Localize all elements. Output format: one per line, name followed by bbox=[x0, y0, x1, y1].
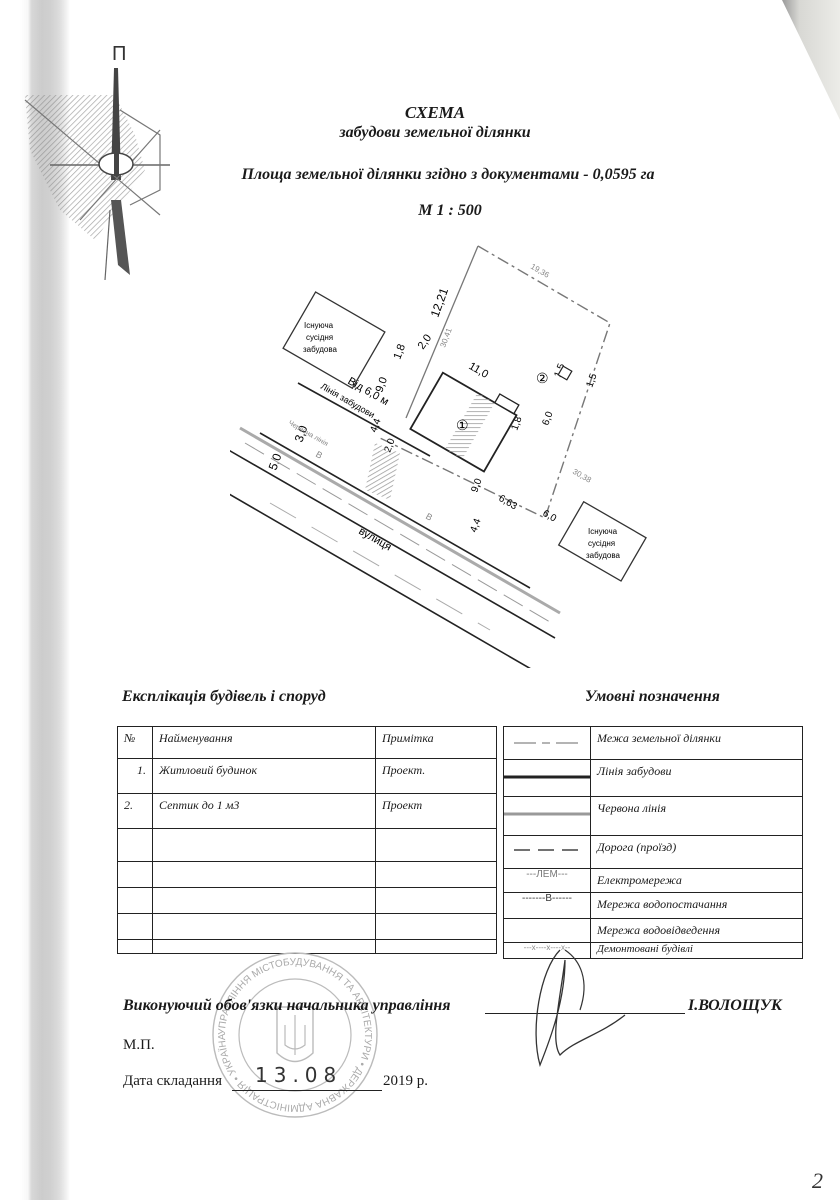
signatory-name: І.ВОЛОЩУК bbox=[688, 997, 782, 1015]
svg-text:30,41: 30,41 bbox=[438, 326, 453, 348]
neighbor-label: Існуюча bbox=[588, 527, 618, 536]
row-note: Проект. bbox=[376, 759, 497, 794]
dim-label: 6,63 bbox=[497, 493, 520, 512]
legend-label: Дорога (проїзд) bbox=[591, 836, 803, 869]
dim-label: 6,0 bbox=[541, 508, 559, 525]
dim-label: 2,0 bbox=[416, 332, 435, 351]
legend-row: ---ЛЕМ--- Електромережа bbox=[504, 869, 803, 893]
legend-table: Межа земельної ділянки Лінія забудови Че… bbox=[503, 726, 803, 959]
date-suffix: 2019 р. bbox=[383, 1073, 428, 1090]
dim-label: 4,4 bbox=[468, 517, 483, 534]
boundary-symbol bbox=[504, 727, 591, 760]
table-row bbox=[118, 914, 497, 940]
neighbor-label: сусідня bbox=[588, 539, 615, 548]
legend-row: -------В------ Мережа водопостачання bbox=[504, 893, 803, 919]
north-label: П bbox=[112, 43, 126, 65]
legend-row: Червона лінія bbox=[504, 797, 803, 836]
building-1-marker: ① bbox=[456, 417, 469, 433]
row-name: Житловий будинок bbox=[153, 759, 376, 794]
compass-rose-icon: П bbox=[20, 40, 170, 290]
dim-label: 1,8 bbox=[392, 343, 409, 361]
legend-row: Мережа водовідведення bbox=[504, 919, 803, 943]
legend-label: Мережа водопостачання bbox=[591, 893, 803, 919]
water-marker: В bbox=[424, 511, 434, 523]
table-row bbox=[118, 862, 497, 888]
legend-row: Межа земельної ділянки bbox=[504, 727, 803, 760]
table-header-row: № Найменування Примітка bbox=[118, 727, 497, 759]
row-name: Септик до 1 м3 bbox=[153, 794, 376, 829]
building-line-symbol bbox=[504, 760, 591, 797]
dim-label: 6,0 bbox=[540, 410, 555, 427]
dim-label: 5,0 bbox=[266, 451, 285, 472]
page-curl bbox=[760, 0, 840, 120]
septic-marker: ② bbox=[536, 370, 549, 386]
neighbor-label: Існуюча bbox=[304, 321, 334, 330]
explication-table: № Найменування Примітка 1. Житловий буди… bbox=[117, 726, 497, 954]
sewer-symbol bbox=[504, 919, 591, 943]
handwritten-signature bbox=[520, 940, 630, 1070]
row-num: 1. bbox=[118, 759, 153, 794]
legend-row: Дорога (проїзд) bbox=[504, 836, 803, 869]
legend-row: Лінія забудови bbox=[504, 760, 803, 797]
site-plan-drawing: 19,36 30,38 30,41 Існуюча сусідня забудо… bbox=[230, 228, 650, 668]
legend-label: Межа земельної ділянки bbox=[591, 727, 803, 760]
svg-text:30,38: 30,38 bbox=[571, 467, 593, 485]
table-row bbox=[118, 888, 497, 914]
official-stamp: УПРАВЛІННЯ МІСТОБУДУВАННЯ ТА АРХІТЕКТУРИ… bbox=[205, 945, 385, 1125]
seal-label: М.П. bbox=[123, 1037, 155, 1054]
row-num: 2. bbox=[118, 794, 153, 829]
neighbor-label: забудова bbox=[303, 345, 338, 354]
explication-heading: Експлікація будівель і споруд bbox=[122, 688, 326, 706]
dim-label: 12,21 bbox=[428, 286, 452, 319]
signatory-position: Виконуючий обов'язки начальника управлін… bbox=[123, 997, 450, 1015]
dim-label: 1,5 bbox=[584, 372, 599, 389]
table-row: 2. Септик до 1 м3 Проект bbox=[118, 794, 497, 829]
legend-label: Червона лінія bbox=[591, 797, 803, 836]
legend-label: Лінія забудови bbox=[591, 760, 803, 797]
handwritten-date: 13.08 bbox=[255, 1063, 342, 1087]
row-note: Проект bbox=[376, 794, 497, 829]
legend-label: Електромережа bbox=[591, 869, 803, 893]
legend-label: Мережа водовідведення bbox=[591, 919, 803, 943]
water-marker: В bbox=[314, 449, 324, 461]
col-name-header: Найменування bbox=[153, 727, 376, 759]
dim-label: 9,0 bbox=[469, 477, 484, 494]
col-num-header: № bbox=[118, 727, 153, 759]
neighbor-label: забудова bbox=[586, 551, 621, 560]
street-label: вулиця bbox=[357, 525, 394, 553]
water-supply-symbol: -------В------ bbox=[504, 893, 591, 919]
table-row bbox=[118, 829, 497, 862]
col-note-header: Примітка bbox=[376, 727, 497, 759]
table-row: 1. Житловий будинок Проект. bbox=[118, 759, 497, 794]
neighbor-label: сусідня bbox=[306, 333, 333, 342]
page-number: 2 bbox=[812, 1168, 823, 1194]
date-line bbox=[232, 1090, 382, 1091]
power-symbol: ---ЛЕМ--- bbox=[504, 869, 591, 893]
dim-label: 11,0 bbox=[467, 360, 491, 381]
road-symbol bbox=[504, 836, 591, 869]
red-line-symbol bbox=[504, 797, 591, 836]
date-label: Дата складання bbox=[123, 1073, 222, 1090]
legend-heading: Умовні позначення bbox=[585, 688, 720, 706]
